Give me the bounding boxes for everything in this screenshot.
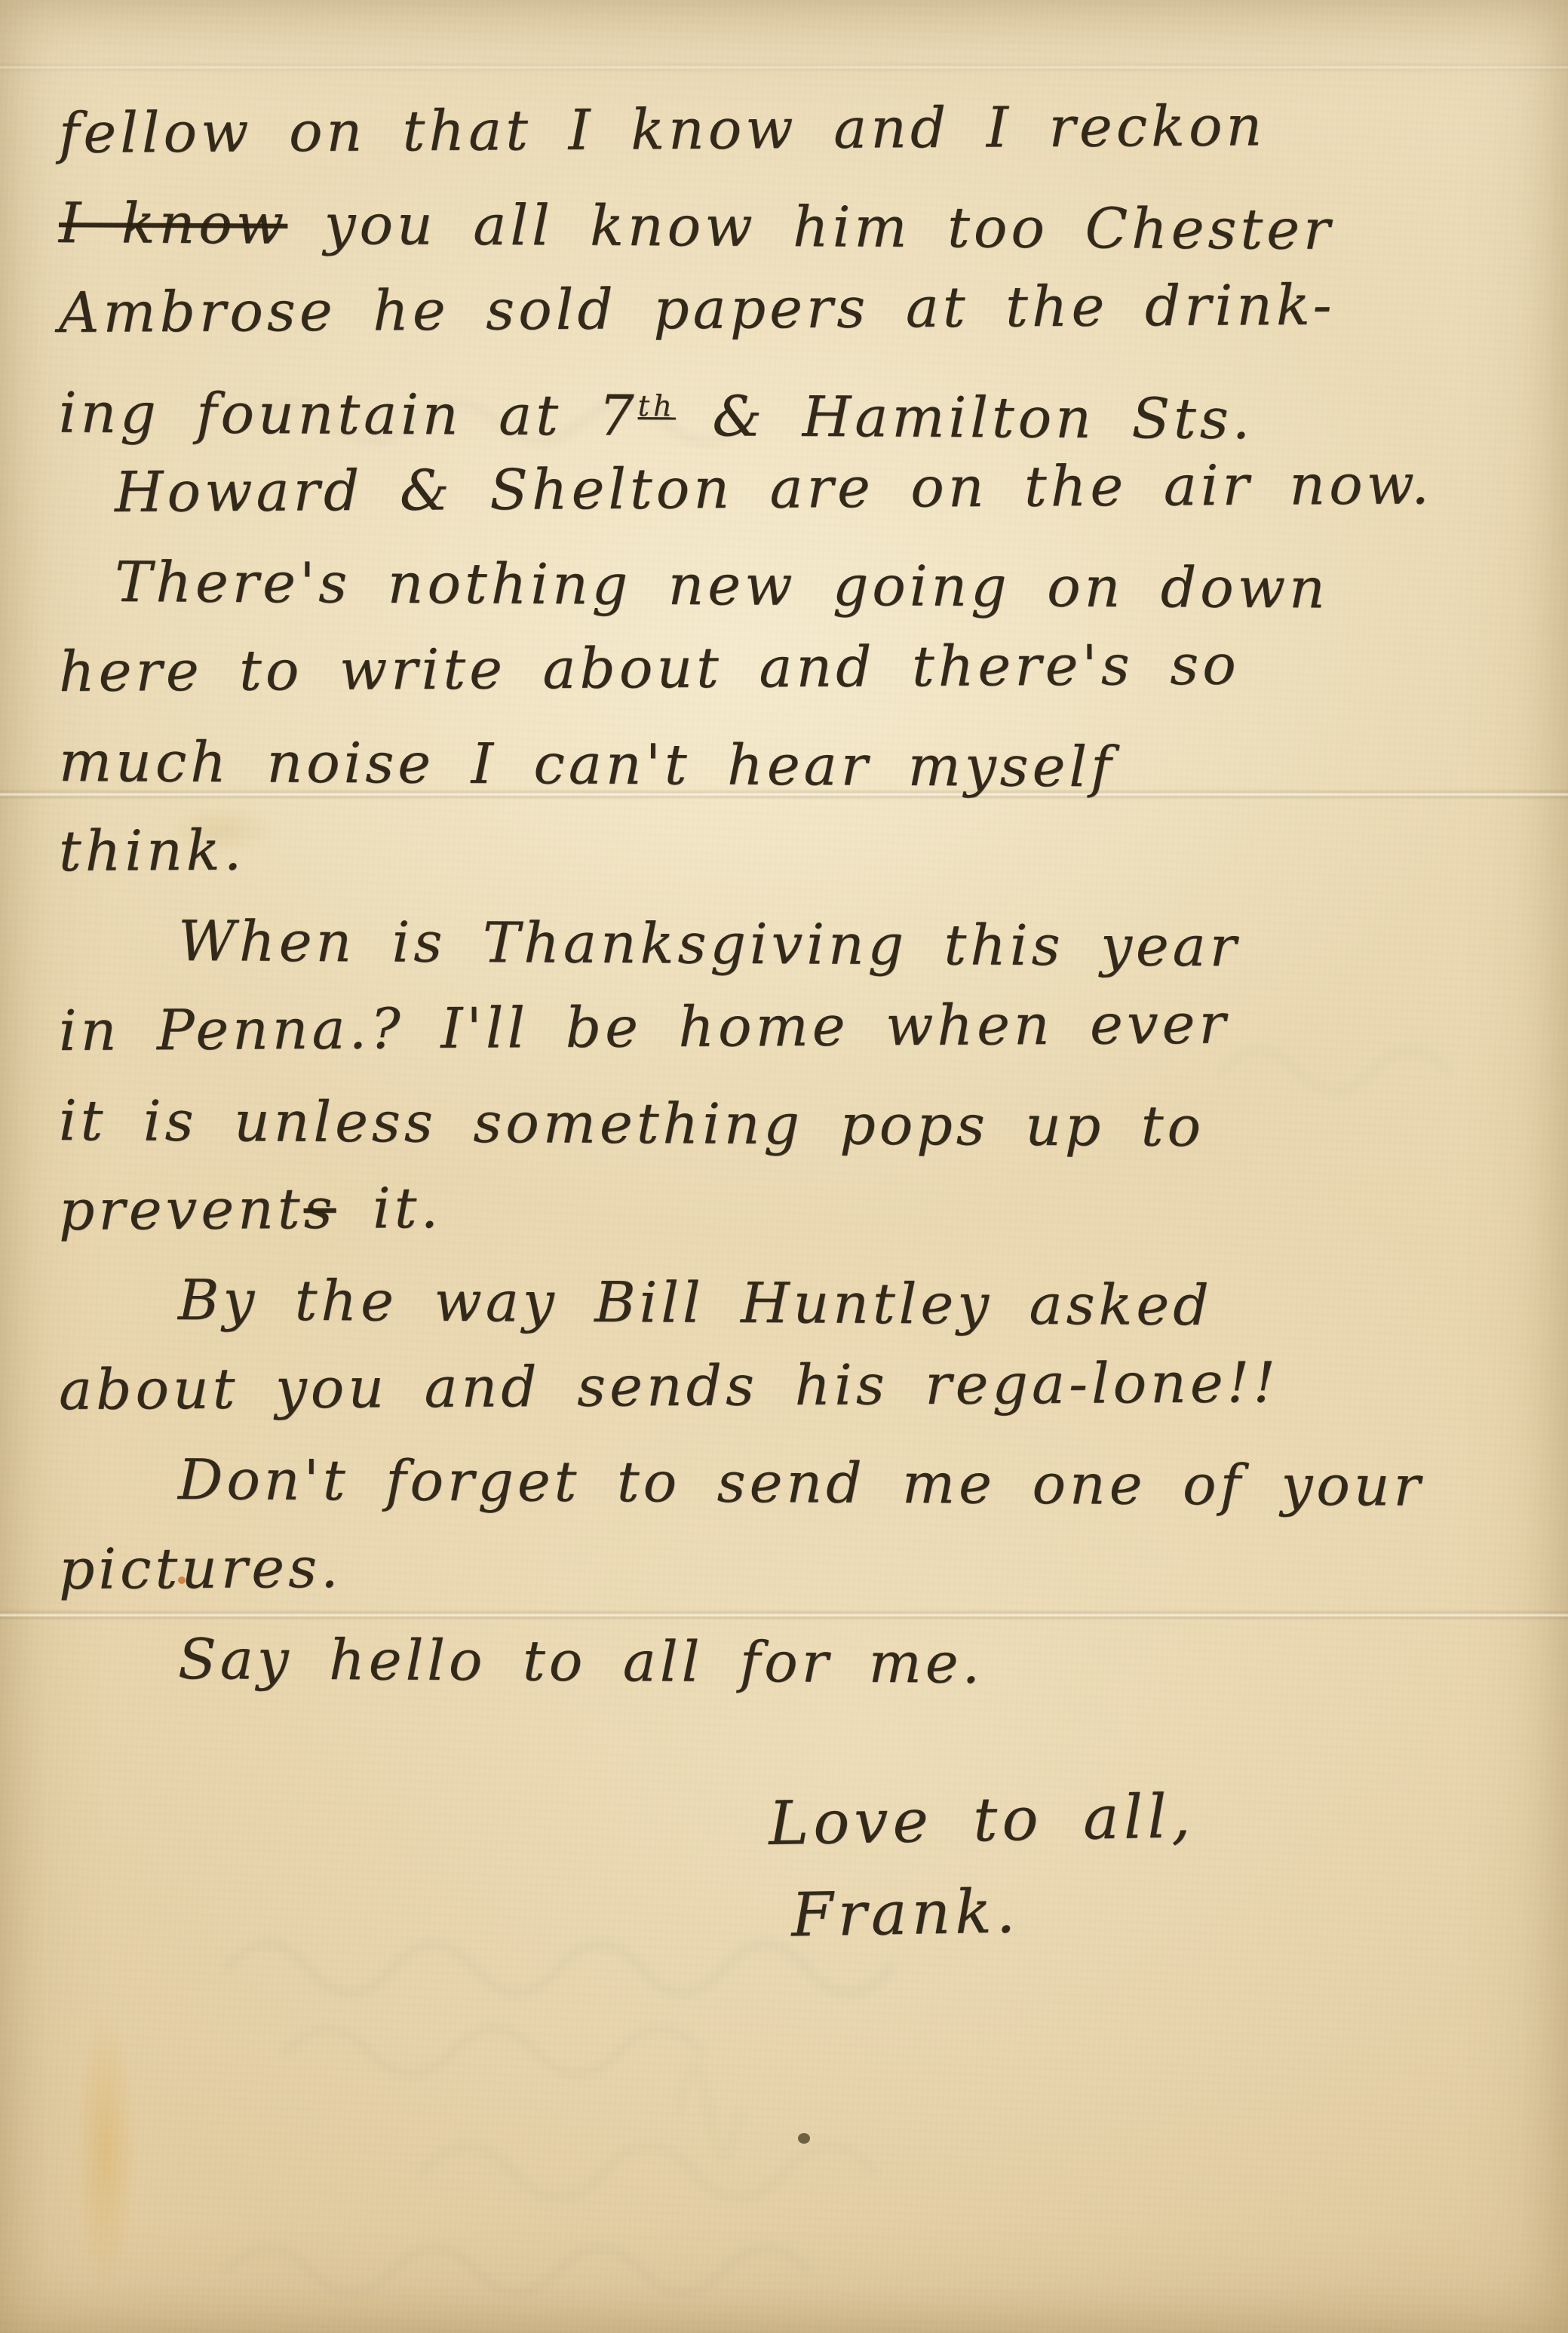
letter-line: Ambrose he sold papers at the drink-	[59, 259, 1538, 358]
letter-line: Howard & Shelton are on the air now.	[115, 439, 1538, 538]
handwriting-text: Howard & Shelton are on the air now.	[115, 452, 1433, 525]
struck-text: I know	[59, 191, 288, 257]
letter-scan-page: { "page": { "kind": "handwritten letter,…	[0, 0, 1568, 2333]
handwriting-text: th	[638, 389, 676, 423]
handwriting-text: By the way Bill Huntley asked	[178, 1268, 1213, 1338]
handwriting-text: here to write about and there's so	[59, 632, 1240, 705]
letter-line: prevents it.	[59, 1157, 1538, 1256]
handwriting-text: When is Thanksgiving this year	[178, 909, 1241, 979]
letter-line: fellow on that I know and I reckon	[59, 80, 1538, 179]
handwriting-text: Ambrose he sold papers at the drink-	[59, 273, 1336, 345]
handwriting-text: Say hello to all for me.	[178, 1627, 984, 1696]
handwriting-text: ing fountain at 7	[59, 381, 638, 449]
handwriting-text: Don't forget to send me one of your	[178, 1447, 1424, 1519]
letter-line: here to write about and there's so	[59, 619, 1538, 717]
letter-line: in Penna.? I'll be home when ever	[59, 978, 1538, 1076]
letter-line: pictures.	[59, 1516, 1538, 1615]
letter-closing: Love to all, Frank.	[768, 1770, 1197, 1962]
handwriting-text: prevent	[59, 1177, 304, 1243]
handwriting-text: much noise I can't hear myself	[59, 729, 1115, 800]
handwriting-text: you all know him too Chester	[287, 192, 1334, 262]
handwriting-text: pictures.	[59, 1536, 342, 1602]
handwriting-text: it is unless something pops up to	[59, 1088, 1205, 1159]
handwriting-text: about you and sends his rega-lone!!	[59, 1350, 1280, 1423]
letter-line: think.	[59, 798, 1538, 897]
closing-salutation: Love to all,	[768, 1770, 1195, 1870]
letter-line: about you and sends his rega-lone!!	[59, 1337, 1538, 1435]
handwriting-text: fellow on that I know and I reckon	[59, 94, 1266, 166]
handwriting-text: in Penna.? I'll be home when ever	[59, 992, 1229, 1064]
letter-lines: fellow on that I know and I reckonI know…	[59, 89, 1537, 1705]
letter-line: Say hello to all for me.	[178, 1615, 1538, 1711]
struck-text: s	[303, 1177, 336, 1242]
handwriting-text: There's nothing new going on down	[115, 550, 1329, 621]
handwriting-text: it.	[336, 1176, 442, 1242]
handwriting-text: think.	[59, 818, 246, 884]
signature-frank: Frank.	[790, 1862, 1197, 1961]
